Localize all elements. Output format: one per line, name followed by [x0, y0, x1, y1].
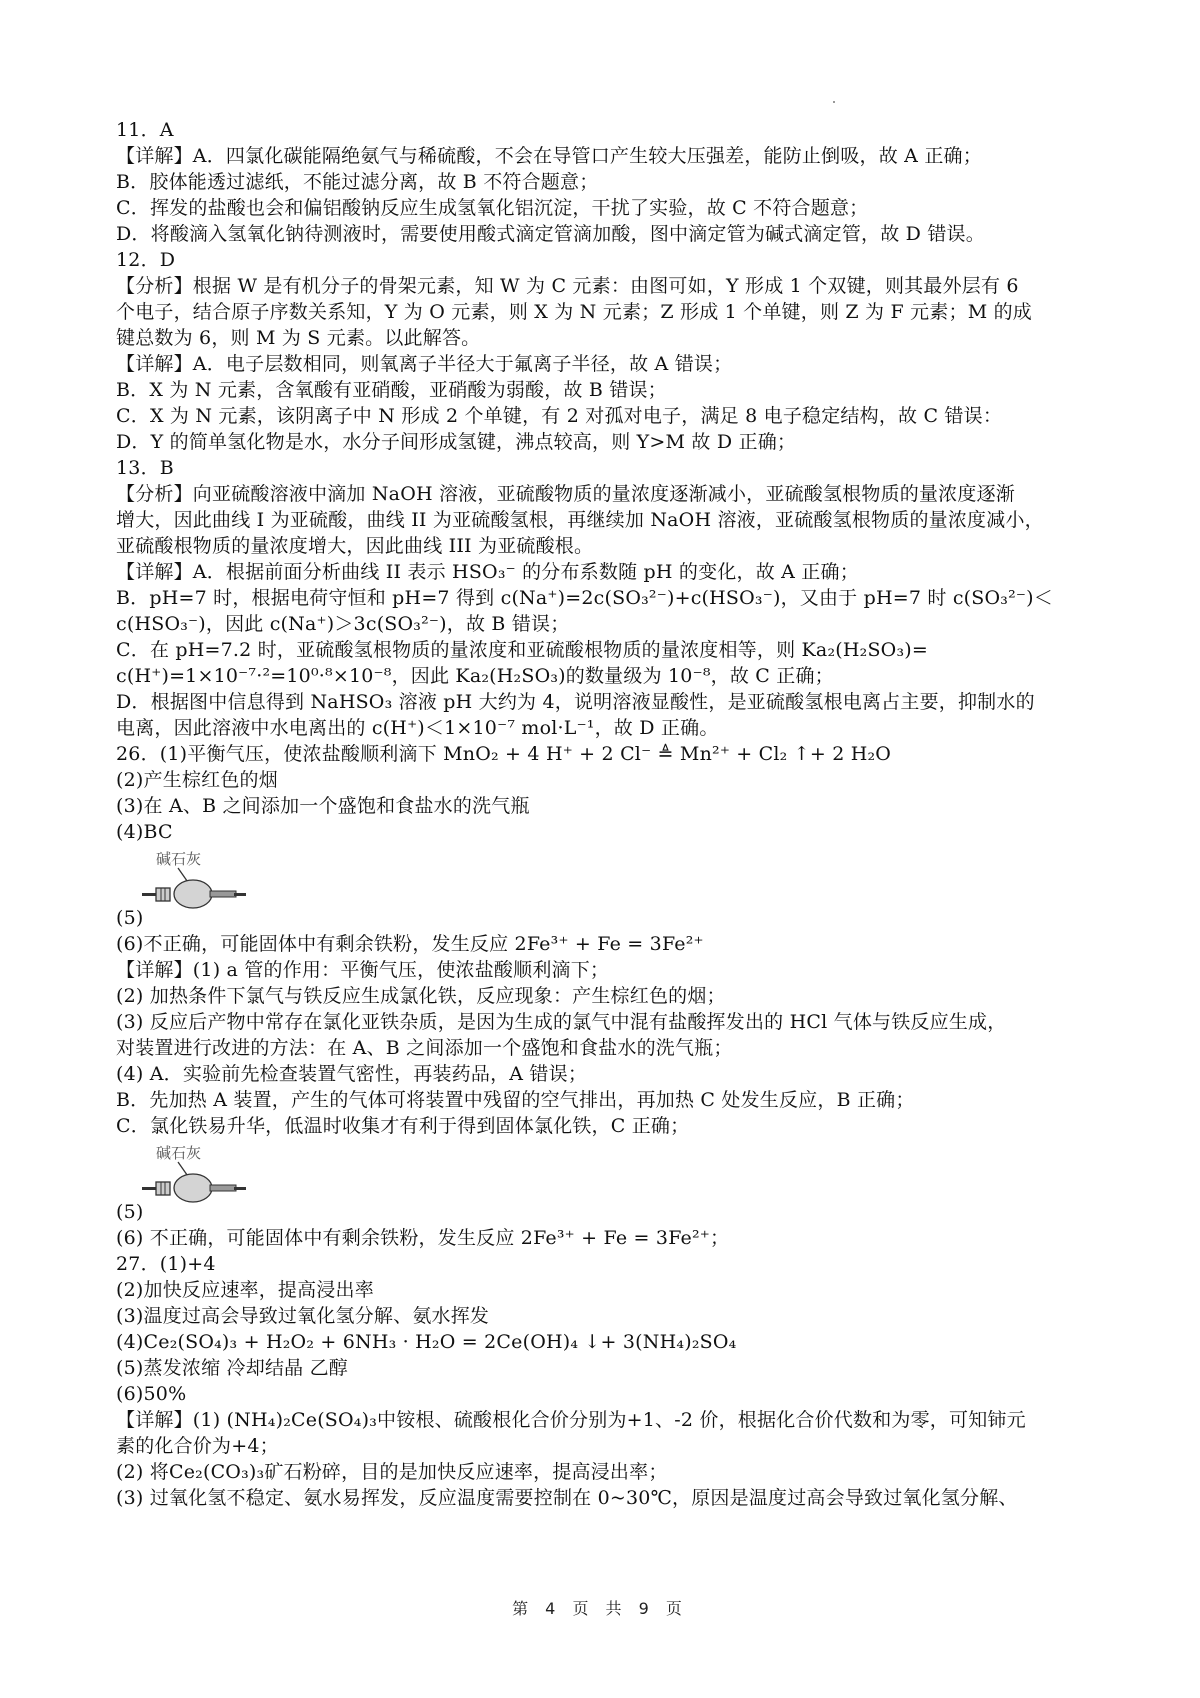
text-line: (2)产生棕红色的烟 — [116, 768, 278, 792]
text-line: (2)加快反应速率，提高浸出率 — [116, 1278, 374, 1302]
text-line: 【分析】根据 W 是有机分子的骨架元素，知 W 为 C 元素：由图可如，Y 形成… — [116, 274, 1019, 298]
text-line: B．先加热 A 装置，产生的气体可将装置中残留的空气排出，再加热 C 处发生反应… — [116, 1088, 915, 1112]
figure-label: 碱石灰 — [156, 1142, 201, 1163]
text-line: (2) 加热条件下氯气与铁反应生成氯化铁，反应现象：产生棕红色的烟； — [116, 984, 726, 1008]
text-line: c(HSO₃⁻)，因此 c(Na⁺)＞3c(SO₃²⁻)，故 B 错误； — [116, 612, 569, 636]
text-line: 键总数为 6，则 M 为 S 元素。以此解答。 — [116, 326, 480, 350]
text-line: 27．(1)+4 — [116, 1252, 216, 1276]
scan-speck — [833, 101, 835, 103]
text-line: C．氯化铁易升华，低温时收集才有利于得到固体氯化铁，C 正确； — [116, 1114, 689, 1138]
text-line: D．Y 的简单氢化物是水，水分子间形成氢键，沸点较高，则 Y>M 故 D 正确； — [116, 430, 796, 454]
text-line: (3)在 A、B 之间添加一个盛饱和食盐水的洗气瓶 — [116, 794, 530, 818]
text-line: 12．D — [116, 248, 175, 272]
text-line: (4)BC — [116, 820, 173, 844]
soda-lime-drying-tube-figure-2: 碱石灰 — [140, 1142, 250, 1204]
text-line: 增大，因此曲线 I 为亚硫酸，曲线 II 为亚硫酸氢根，再继续加 NaOH 溶液… — [116, 508, 1044, 532]
text-line: 13．B — [116, 456, 174, 480]
text-line: (6) 不正确，可能固体中有剩余铁粉，发生反应 2Fe³⁺ + Fe = 3Fe… — [116, 1226, 729, 1250]
document-page: 11．A【详解】A．四氯化碳能隔绝氨气与稀硫酸，不会在导管口产生较大压强差，能防… — [0, 0, 1200, 1698]
text-line: D．根据图中信息得到 NaHSO₃ 溶液 pH 大约为 4，说明溶液显酸性，是亚… — [116, 690, 1035, 714]
figure-label: 碱石灰 — [156, 848, 201, 869]
text-line: (2) 将Ce₂(CO₃)₃矿石粉碎，目的是加快反应速率，提高浸出率； — [116, 1460, 668, 1484]
soda-lime-drying-tube-figure-1: 碱石灰 — [140, 848, 250, 910]
text-line: 【详解】A．根据前面分析曲线 II 表示 HSO₃⁻ 的分布系数随 pH 的变化… — [116, 560, 859, 584]
text-line: D．将酸滴入氢氧化钠待测液时，需要使用酸式滴定管滴加酸，图中滴定管为碱式滴定管，… — [116, 222, 985, 246]
text-line: B．pH=7 时，根据电荷守恒和 pH=7 得到 c(Na⁺)=2c(SO₃²⁻… — [116, 586, 1053, 610]
page-number-footer: 第 4 页 共 9 页 — [0, 1596, 1200, 1619]
text-line: (3) 过氧化氢不稳定、氨水易挥发，反应温度需要控制在 0~30℃，原因是温度过… — [116, 1486, 1018, 1510]
text-line: B．X 为 N 元素，含氧酸有亚硝酸，亚硝酸为弱酸，故 B 错误； — [116, 378, 667, 402]
text-line: (3) 反应后产物中常存在氯化亚铁杂质，是因为生成的氯气中混有盐酸挥发出的 HC… — [116, 1010, 1006, 1034]
text-line: 26．(1)平衡气压，使浓盐酸顺利滴下 MnO₂ + 4 H⁺ + 2 Cl⁻ … — [116, 742, 891, 766]
text-line: B．胶体能透过滤纸，不能过滤分离，故 B 不符合题意； — [116, 170, 598, 194]
text-line: (6)不正确，可能固体中有剩余铁粉，发生反应 2Fe³⁺ + Fe = 3Fe²… — [116, 932, 704, 956]
text-line: (4) A．实验前先检查装置气密性，再装药品，A 错误； — [116, 1062, 587, 1086]
text-line: 对装置进行改进的方法：在 A、B 之间添加一个盛饱和食盐水的洗气瓶； — [116, 1036, 733, 1060]
text-line: 【详解】A．电子层数相同，则氧离子半径大于氟离子半径，故 A 错误； — [116, 352, 732, 376]
text-line: 【详解】A．四氯化碳能隔绝氨气与稀硫酸，不会在导管口产生较大压强差，能防止倒吸，… — [116, 144, 982, 168]
text-line: 【详解】(1) a 管的作用：平衡气压，使浓盐酸顺利滴下； — [116, 958, 609, 982]
text-line: 亚硫酸根物质的量浓度增大，因此曲线 III 为亚硫酸根。 — [116, 534, 593, 558]
text-line: 个电子，结合原子序数关系知，Y 为 O 元素，则 X 为 N 元素；Z 形成 1… — [116, 300, 1032, 324]
text-line: C．在 pH=7.2 时，亚硫酸氢根物质的量浓度和亚硫酸根物质的量浓度相等，则 … — [116, 638, 928, 662]
text-line: (5)蒸发浓缩 冷却结晶 乙醇 — [116, 1356, 348, 1380]
text-line: 11．A — [116, 118, 174, 142]
text-line: 【分析】向亚硫酸溶液中滴加 NaOH 溶液，亚硫酸物质的量浓度逐渐减小，亚硫酸氢… — [116, 482, 1015, 506]
text-line: C．挥发的盐酸也会和偏铝酸钠反应生成氢氧化铝沉淀，干扰了实验，故 C 不符合题意… — [116, 196, 868, 220]
text-line: 素的化合价为+4； — [116, 1434, 279, 1458]
text-line: 【详解】(1) (NH₄)₂Ce(SO₄)₃中铵根、硫酸根化合价分别为+1、-2… — [116, 1408, 1026, 1432]
text-line: C．X 为 N 元素，该阴离子中 N 形成 2 个单键，有 2 对孤对电子，满足… — [116, 404, 1002, 428]
text-line: c(H⁺)=1×10⁻⁷·²=10⁰·⁸×10⁻⁸，因此 Ka₂(H₂SO₃)的… — [116, 664, 834, 688]
text-line: 电离，因此溶液中水电离出的 c(H⁺)＜1×10⁻⁷ mol·L⁻¹，故 D 正… — [116, 716, 719, 740]
text-line: (4)Ce₂(SO₄)₃ + H₂O₂ + 6NH₃ · H₂O = 2Ce(O… — [116, 1330, 736, 1354]
text-line: (3)温度过高会导致过氧化氢分解、氨水挥发 — [116, 1304, 489, 1328]
text-line: (6)50% — [116, 1382, 186, 1406]
